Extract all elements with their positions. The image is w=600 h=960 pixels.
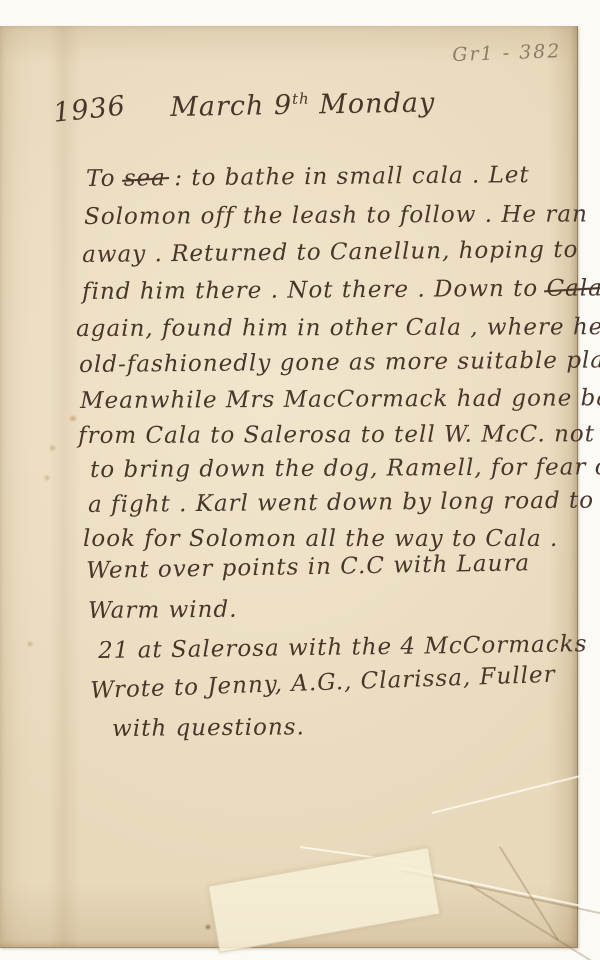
handwritten-line: away . Returned to Canellun, hoping to [82,239,578,267]
text-run: again, found him in other Cala , where h… [76,314,600,342]
date-month-day: March 9 [170,90,292,123]
handwritten-line: with questions. [112,716,305,741]
foxing-spot [28,642,32,646]
diary-year: 1936 [52,92,127,126]
text-run: : to bathe in small cala . Let [166,162,530,191]
text-run: Solomon off the leash to follow . He ran [84,201,588,230]
text-run: find him there . Not there . Down to [82,276,547,305]
date-line: March 9th Monday [170,89,435,121]
text-run: old-fashionedly gone as more suitable pl… [79,347,600,378]
catalog-number: Gr1 - 382 [452,42,562,65]
handwritten-line: to bring down the dog, Ramell, for fear … [90,456,600,482]
handwritten-line: from Cala to Salerosa to tell W. McC. no… [78,423,600,448]
handwritten-line: a fight . Karl went down by long road to [88,490,594,517]
handwritten-line: Warm wind. [88,599,238,623]
text-run: with questions. [112,714,305,742]
handwritten-line: To sea : to bathe in small cala . Let [86,164,530,191]
handwritten-line: find him there . Not there . Down to Cal… [82,277,600,304]
text-run: To [86,166,124,192]
text-run: away . Returned to Canellun, hoping to [82,237,578,268]
date-ordinal: th [292,90,310,108]
date-weekday: Monday [319,87,435,120]
handwritten-line: Meanwhile Mrs MacCormack had gone back [80,387,600,413]
text-run: to bring down the dog, Ramell, for fear … [90,454,600,483]
handwritten-line: look for Solomon all the way to Cala . [83,528,558,551]
handwritten-line: Solomon off the leash to follow . He ran [84,203,588,229]
text-run: look for Solomon all the way to Cala . [83,526,558,552]
struck-text-run: Cala [546,275,600,301]
foxing-spot [206,925,210,929]
diary-scan: Gr1 - 382 1936 March 9th Monday To sea :… [0,0,600,960]
text-run: a fight . Karl went down by long road to [88,488,594,518]
foxing-spot [50,446,55,450]
foxing-spot [45,476,49,480]
foxing-spot [70,416,76,421]
catalog-number-text: Gr1 - 382 [452,40,562,66]
text-run: Warm wind. [88,597,238,624]
text-run: from Cala to Salerosa to tell W. McC. no… [78,421,595,449]
text-run: Meanwhile Mrs MacCormack had gone back [80,385,600,414]
handwritten-line: old-fashionedly gone as more suitable pl… [79,349,600,377]
handwritten-line: again, found him in other Cala , where h… [76,316,600,341]
struck-text-run: sea [124,165,166,191]
